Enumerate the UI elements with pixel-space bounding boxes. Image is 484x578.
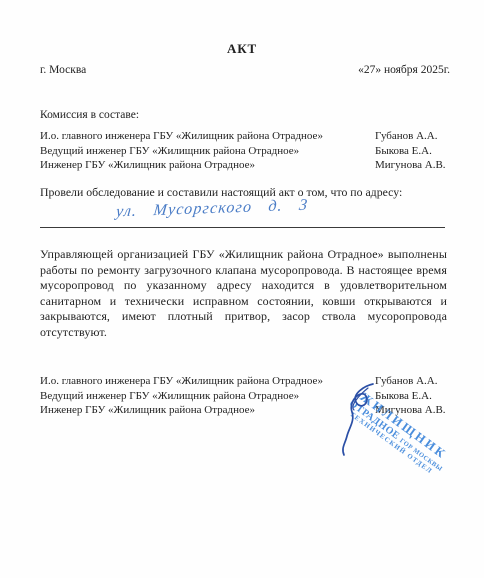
member-position: Инженер ГБУ «Жилищник района Отрадное» bbox=[40, 158, 375, 173]
address-underline bbox=[40, 227, 445, 228]
city-label: г. Москва bbox=[40, 64, 86, 76]
signature-list: И.о. главного инженера ГБУ «Жилищник рай… bbox=[40, 374, 450, 418]
signature-row: Инженер ГБУ «Жилищник района Отрадное» М… bbox=[40, 403, 450, 418]
act-document-page: АКТ г. Москва «27» ноября 2025г. Комисси… bbox=[0, 0, 484, 578]
member-position: И.о. главного инженера ГБУ «Жилищник рай… bbox=[40, 374, 375, 389]
handwritten-address: ул. Мусоргского д. 3 bbox=[115, 197, 309, 222]
member-name: Быкова Е.А. bbox=[375, 389, 450, 404]
member-position: И.о. главного инженера ГБУ «Жилищник рай… bbox=[40, 129, 375, 144]
member-name: Быкова Е.А. bbox=[375, 144, 450, 159]
member-name: Губанов А.А. bbox=[375, 129, 450, 144]
member-position: Ведущий инженер ГБУ «Жилищник района Отр… bbox=[40, 389, 375, 404]
date-label: «27» ноября 2025г. bbox=[358, 64, 450, 76]
member-position: Инженер ГБУ «Жилищник района Отрадное» bbox=[40, 403, 375, 418]
commission-row: Ведущий инженер ГБУ «Жилищник района Отр… bbox=[40, 144, 450, 159]
commission-list: И.о. главного инженера ГБУ «Жилищник рай… bbox=[40, 129, 450, 173]
member-name: Мигунова А.В. bbox=[375, 403, 450, 418]
commission-heading: Комиссия в составе: bbox=[40, 109, 139, 121]
member-name: Мигунова А.В. bbox=[375, 158, 450, 173]
commission-row: И.о. главного инженера ГБУ «Жилищник рай… bbox=[40, 129, 450, 144]
signature-row: Ведущий инженер ГБУ «Жилищник района Отр… bbox=[40, 389, 450, 404]
act-body-text: Управляющей организацией ГБУ «Жилищник р… bbox=[40, 247, 447, 341]
act-title: АКТ bbox=[0, 41, 484, 57]
member-position: Ведущий инженер ГБУ «Жилищник района Отр… bbox=[40, 144, 375, 159]
commission-row: Инженер ГБУ «Жилищник района Отрадное» М… bbox=[40, 158, 450, 173]
stamp-city: ГОР МОСКВЫ bbox=[398, 437, 443, 473]
signature-row: И.о. главного инженера ГБУ «Жилищник рай… bbox=[40, 374, 450, 389]
member-name: Губанов А.А. bbox=[375, 374, 450, 389]
meta-row: г. Москва «27» ноября 2025г. bbox=[40, 64, 450, 76]
